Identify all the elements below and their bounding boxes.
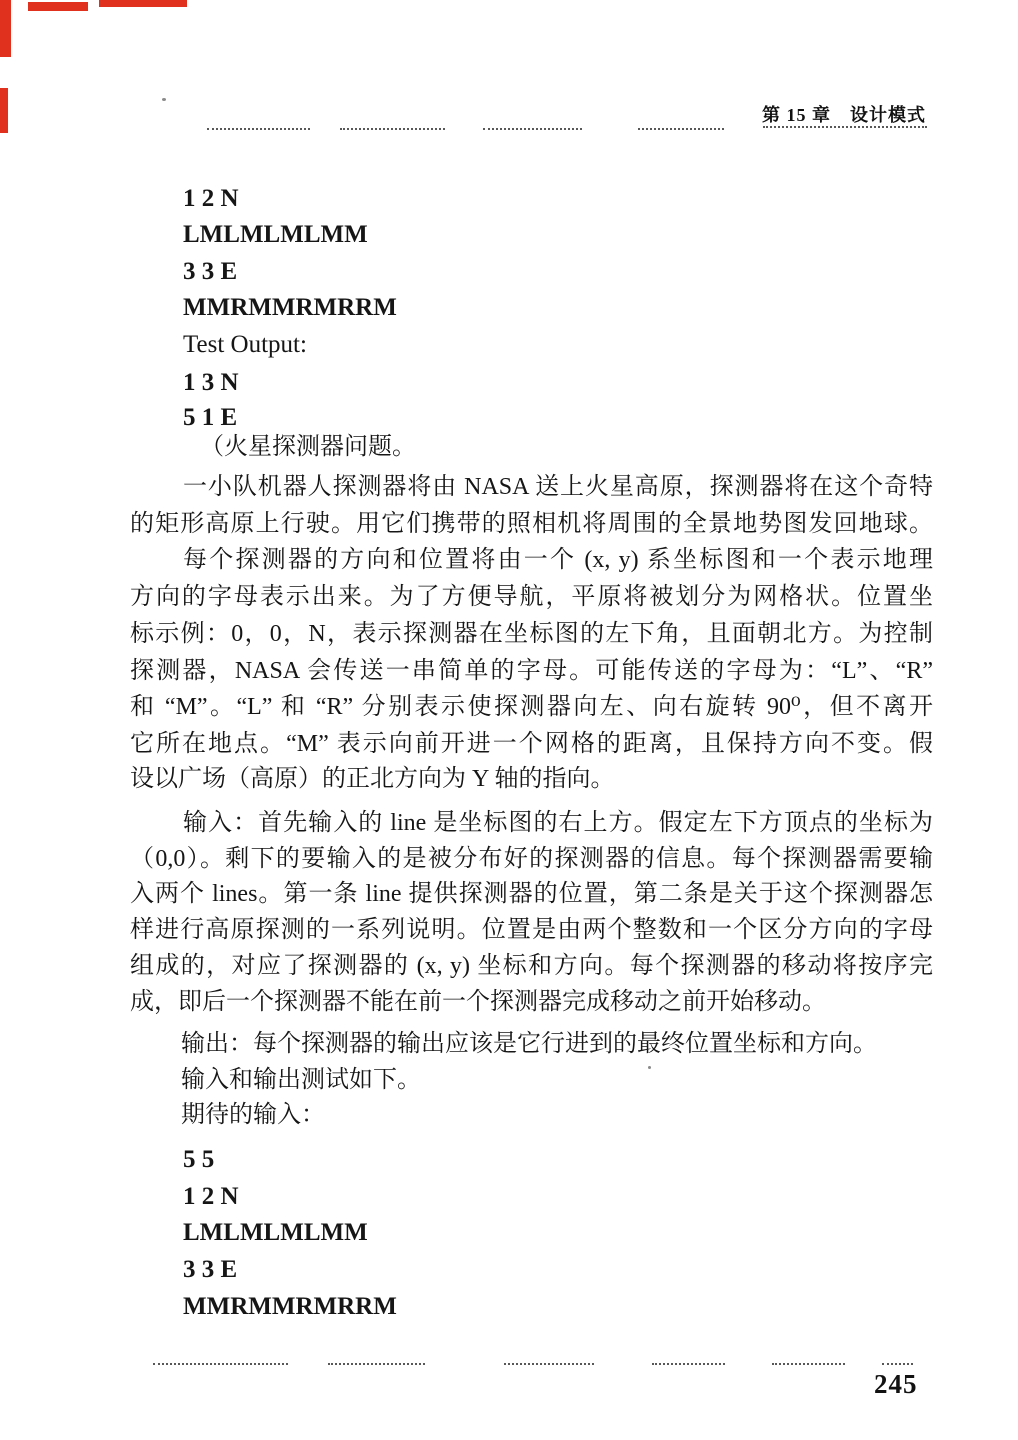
dotted-rule-segment bbox=[328, 1363, 425, 1365]
text-line: Test Output: bbox=[183, 329, 307, 360]
dotted-rule-segment bbox=[772, 1363, 845, 1365]
text-line: 方向的字母表示出来。为了方便导航，平原将被划分为网格状。位置坐 bbox=[130, 582, 933, 613]
dotted-rule-segment bbox=[153, 1363, 288, 1365]
text-line: MMRMMRMRRM bbox=[183, 1291, 397, 1322]
red-scan-mark bbox=[28, 2, 88, 11]
text-line: 样进行高原探测的一系列说明。位置是由两个整数和一个区分方向的字母 bbox=[130, 915, 933, 946]
text-line: 输入和输出测试如下。 bbox=[181, 1065, 421, 1096]
dotted-rule-segment bbox=[504, 1363, 594, 1365]
dotted-rule-segment bbox=[483, 128, 582, 130]
text-line: 输出：每个探测器的输出应该是它行进到的最终位置坐标和方向。 bbox=[181, 1029, 877, 1060]
page-number: 245 bbox=[874, 1369, 918, 1400]
text-line: 和 “M”。“L” 和 “R” 分别表示使探测器向左、向右旋转 90⁰，但不离开 bbox=[130, 692, 933, 723]
dotted-rule-segment bbox=[763, 126, 927, 128]
scan-speck bbox=[648, 1066, 651, 1069]
dotted-rule-segment bbox=[340, 128, 445, 130]
text-line: LMLMLMLMM bbox=[183, 1217, 368, 1248]
dotted-rule-segment bbox=[882, 1363, 913, 1365]
text-line: （0,0）。剩下的要输入的是被分布好的探测器的信息。每个探测器需要输 bbox=[130, 844, 933, 875]
text-line: 设以广场（高原）的正北方向为 Y 轴的指向。 bbox=[130, 764, 614, 795]
text-line: 1 2 N bbox=[183, 1181, 239, 1212]
red-scan-mark bbox=[99, 0, 187, 7]
chapter-header: 第 15 章 设计模式 bbox=[762, 101, 926, 127]
text-line: 5 5 bbox=[183, 1144, 214, 1175]
text-line: 它所在地点。“M” 表示向前开进一个网格的距离，且保持方向不变。假 bbox=[130, 729, 933, 760]
text-line: 入两个 lines。第一条 line 提供探测器的位置，第二条是关于这个探测器怎 bbox=[130, 879, 933, 910]
text-line: 输入：首先输入的 line 是坐标图的右上方。假定左下方顶点的坐标为 bbox=[183, 808, 933, 839]
red-scan-mark bbox=[0, 88, 8, 133]
text-line: 成，即后一个探测器不能在前一个探测器完成移动之前开始移动。 bbox=[130, 987, 826, 1018]
red-scan-mark bbox=[0, 0, 11, 57]
text-line: 探测器，NASA 会传送一串简单的字母。可能传送的字母为：“L”、“R” bbox=[130, 656, 933, 687]
text-line: 期待的输入： bbox=[181, 1100, 325, 1131]
text-line: 每个探测器的方向和位置将由一个 (x, y) 系坐标图和一个表示地理 bbox=[183, 545, 933, 576]
dotted-rule-segment bbox=[207, 128, 310, 130]
dotted-rule-segment bbox=[652, 1363, 725, 1365]
text-line: 标示例：0，0，N，表示探测器在坐标图的左下角，且面朝北方。为控制 bbox=[130, 619, 933, 650]
dotted-rule-segment bbox=[638, 128, 724, 130]
text-line: 3 3 E bbox=[183, 256, 237, 287]
document-page: 第 15 章 设计模式 1 2 N LMLMLMLMM 3 3 E MMRMMR… bbox=[0, 0, 1018, 1440]
text-line: 1 2 N bbox=[183, 183, 239, 214]
text-line: MMRMMRMRRM bbox=[183, 292, 397, 323]
text-line: 1 3 N bbox=[183, 367, 239, 398]
text-line: 一小队机器人探测器将由 NASA 送上火星高原，探测器将在这个奇特 bbox=[183, 472, 933, 503]
text-line: 组成的，对应了探测器的 (x, y) 坐标和方向。每个探测器的移动将按序完 bbox=[130, 951, 933, 982]
text-line: 的矩形高原上行驶。用它们携带的照相机将周围的全景地势图发回地球。 bbox=[130, 509, 933, 540]
scan-speck bbox=[162, 98, 166, 101]
text-line: 3 3 E bbox=[183, 1254, 237, 1285]
text-line: LMLMLMLMM bbox=[183, 219, 368, 250]
text-line: （火星探测器问题。 bbox=[200, 432, 416, 463]
text-line: 5 1 E bbox=[183, 402, 237, 433]
